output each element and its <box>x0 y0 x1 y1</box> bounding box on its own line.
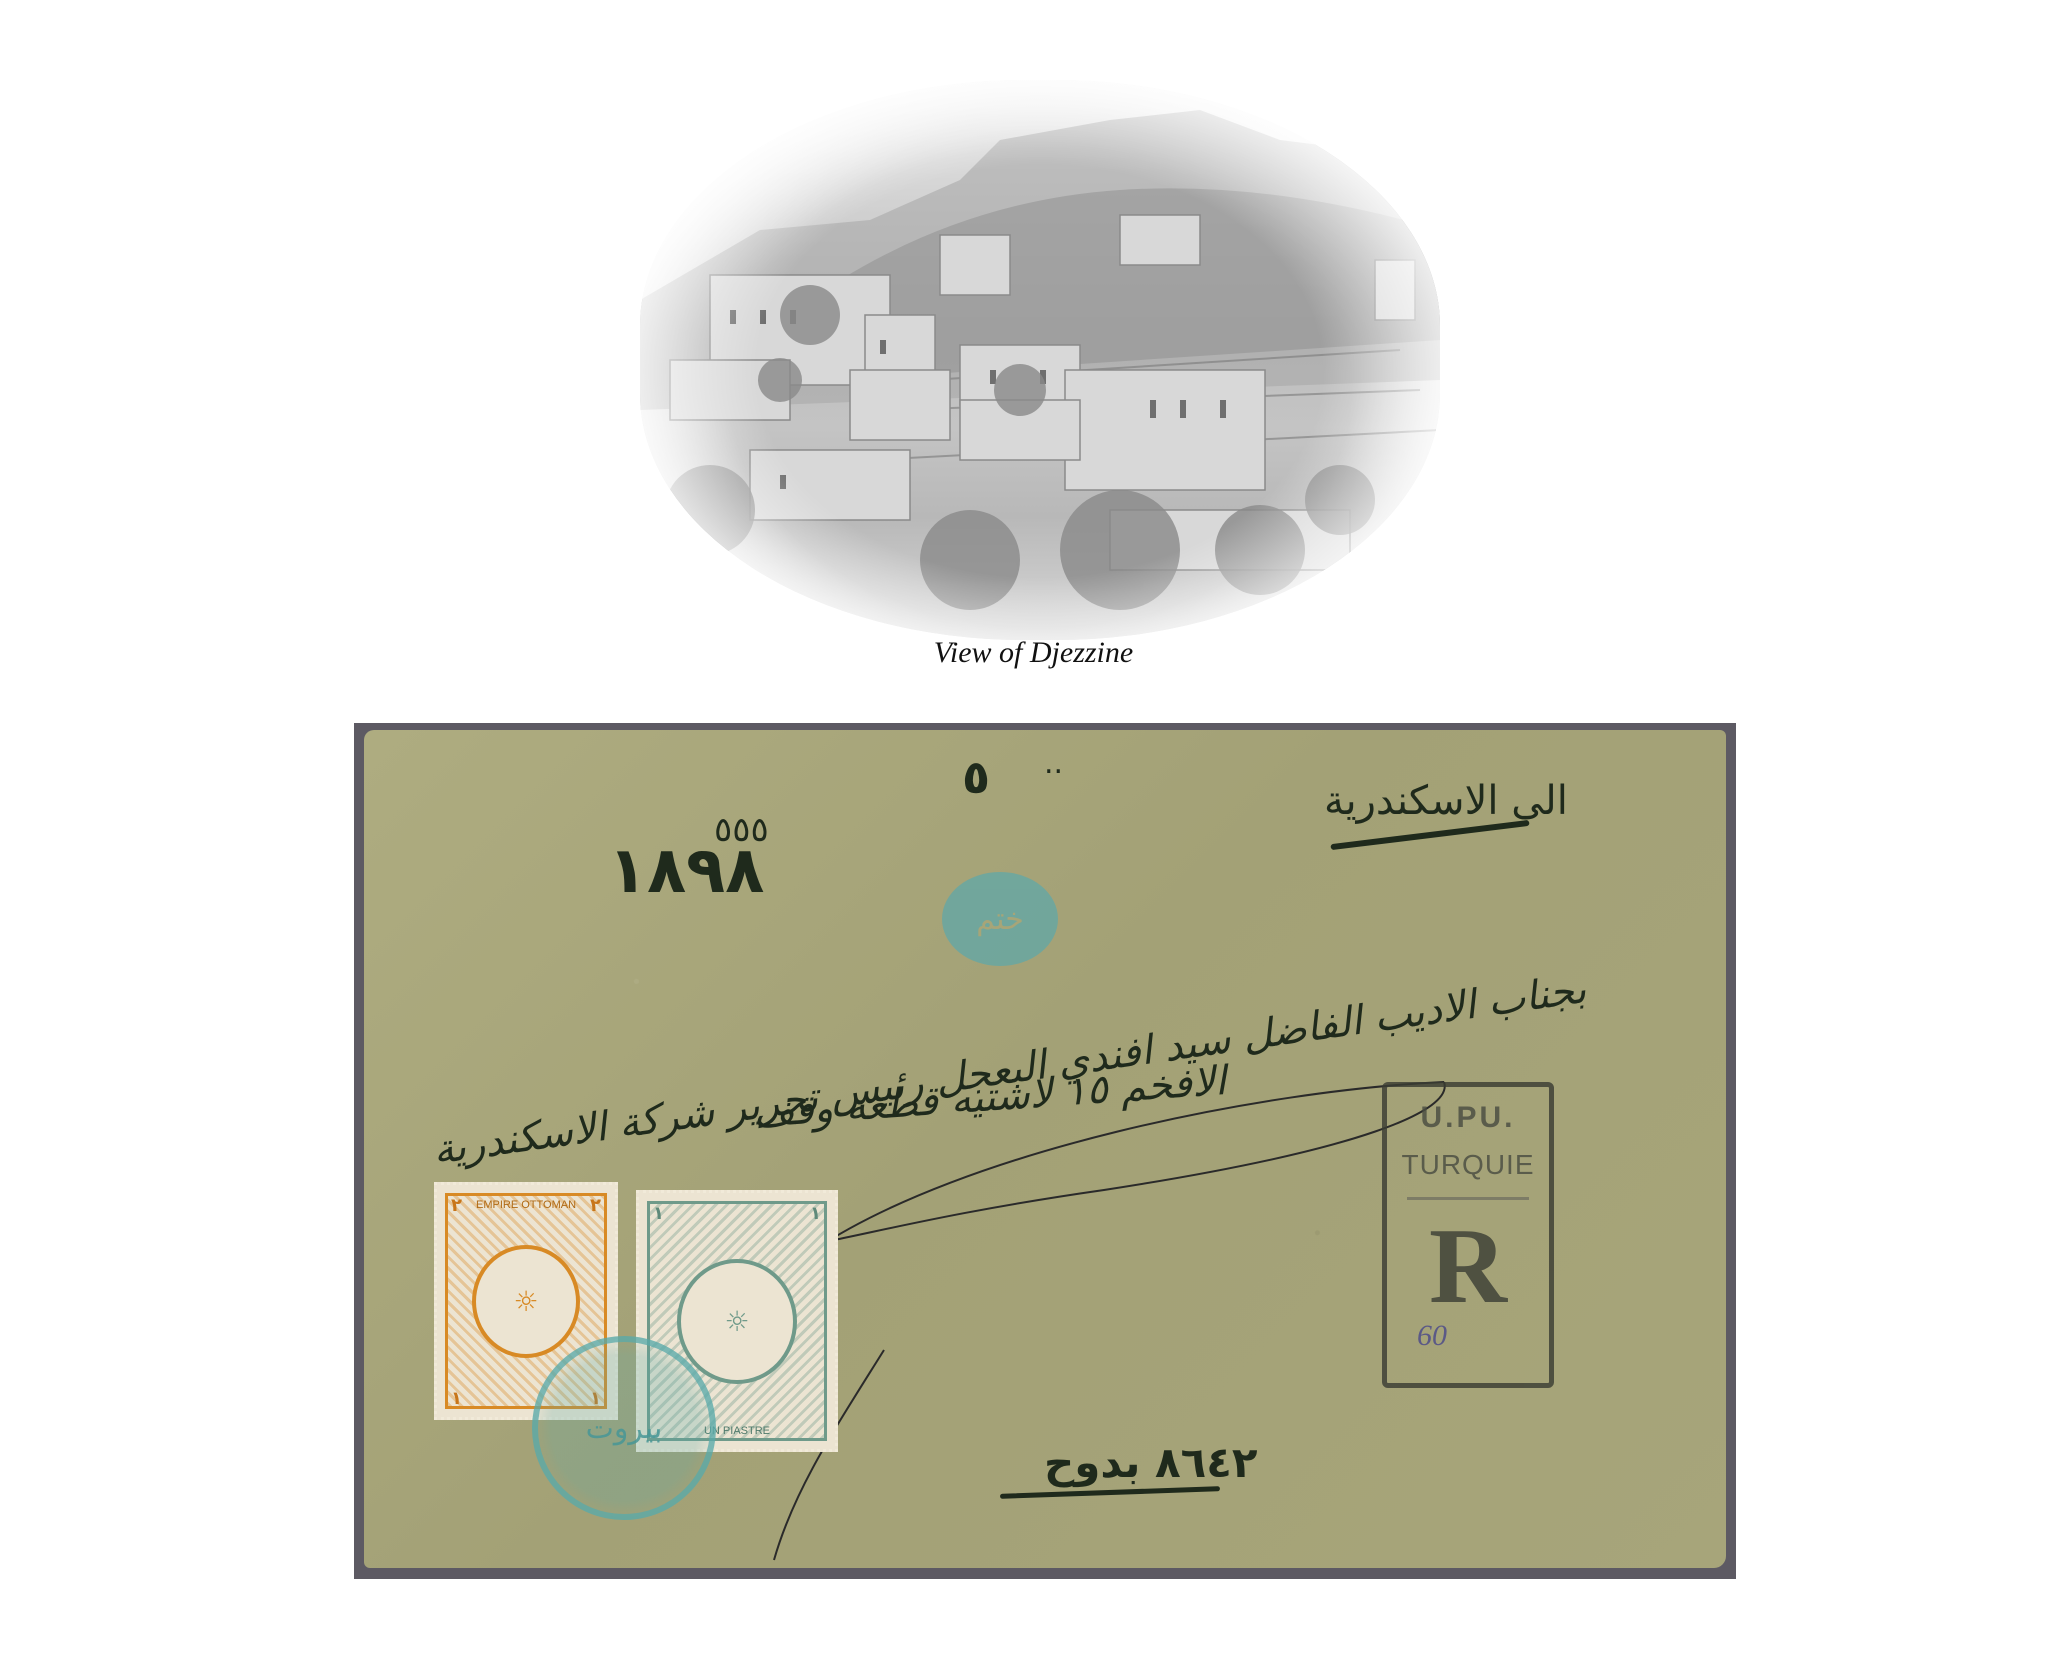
registration-number: 60 <box>1417 1319 1447 1353</box>
postmark-text: بيروت <box>586 1411 663 1446</box>
registration-cachet: U.PU. TURQUIE R 60 <box>1382 1082 1554 1388</box>
postmark-cancel: بيروت <box>532 1336 716 1520</box>
photo-vignette <box>640 80 1440 640</box>
upu-label: U.PU. <box>1387 1101 1549 1135</box>
stamp-corner-value: ١ <box>653 1203 664 1224</box>
stamp-corner-value: ١ <box>810 1203 821 1224</box>
registered-envelope: ٥ .. الى الاسكندرية ٥٥٥ ١٨٩٨ ختم بجناب ا… <box>364 730 1726 1568</box>
country-label: TURQUIE <box>1387 1149 1549 1181</box>
stamp-label: EMPIRE OTTOMAN <box>437 1199 615 1211</box>
tughra-emblem-icon: ☼ <box>472 1245 580 1358</box>
stamp-bottom-value: ١ <box>451 1388 462 1409</box>
village-photograph <box>640 80 1440 640</box>
tughra-emblem-icon: ☼ <box>677 1259 796 1384</box>
photo-caption: View of Djezzine <box>0 636 2067 670</box>
cachet-divider <box>1407 1197 1529 1200</box>
bottom-notation: ٨٦٤٢ بدوح <box>1044 1438 1258 1487</box>
registered-letter-mark: R <box>1387 1205 1549 1329</box>
